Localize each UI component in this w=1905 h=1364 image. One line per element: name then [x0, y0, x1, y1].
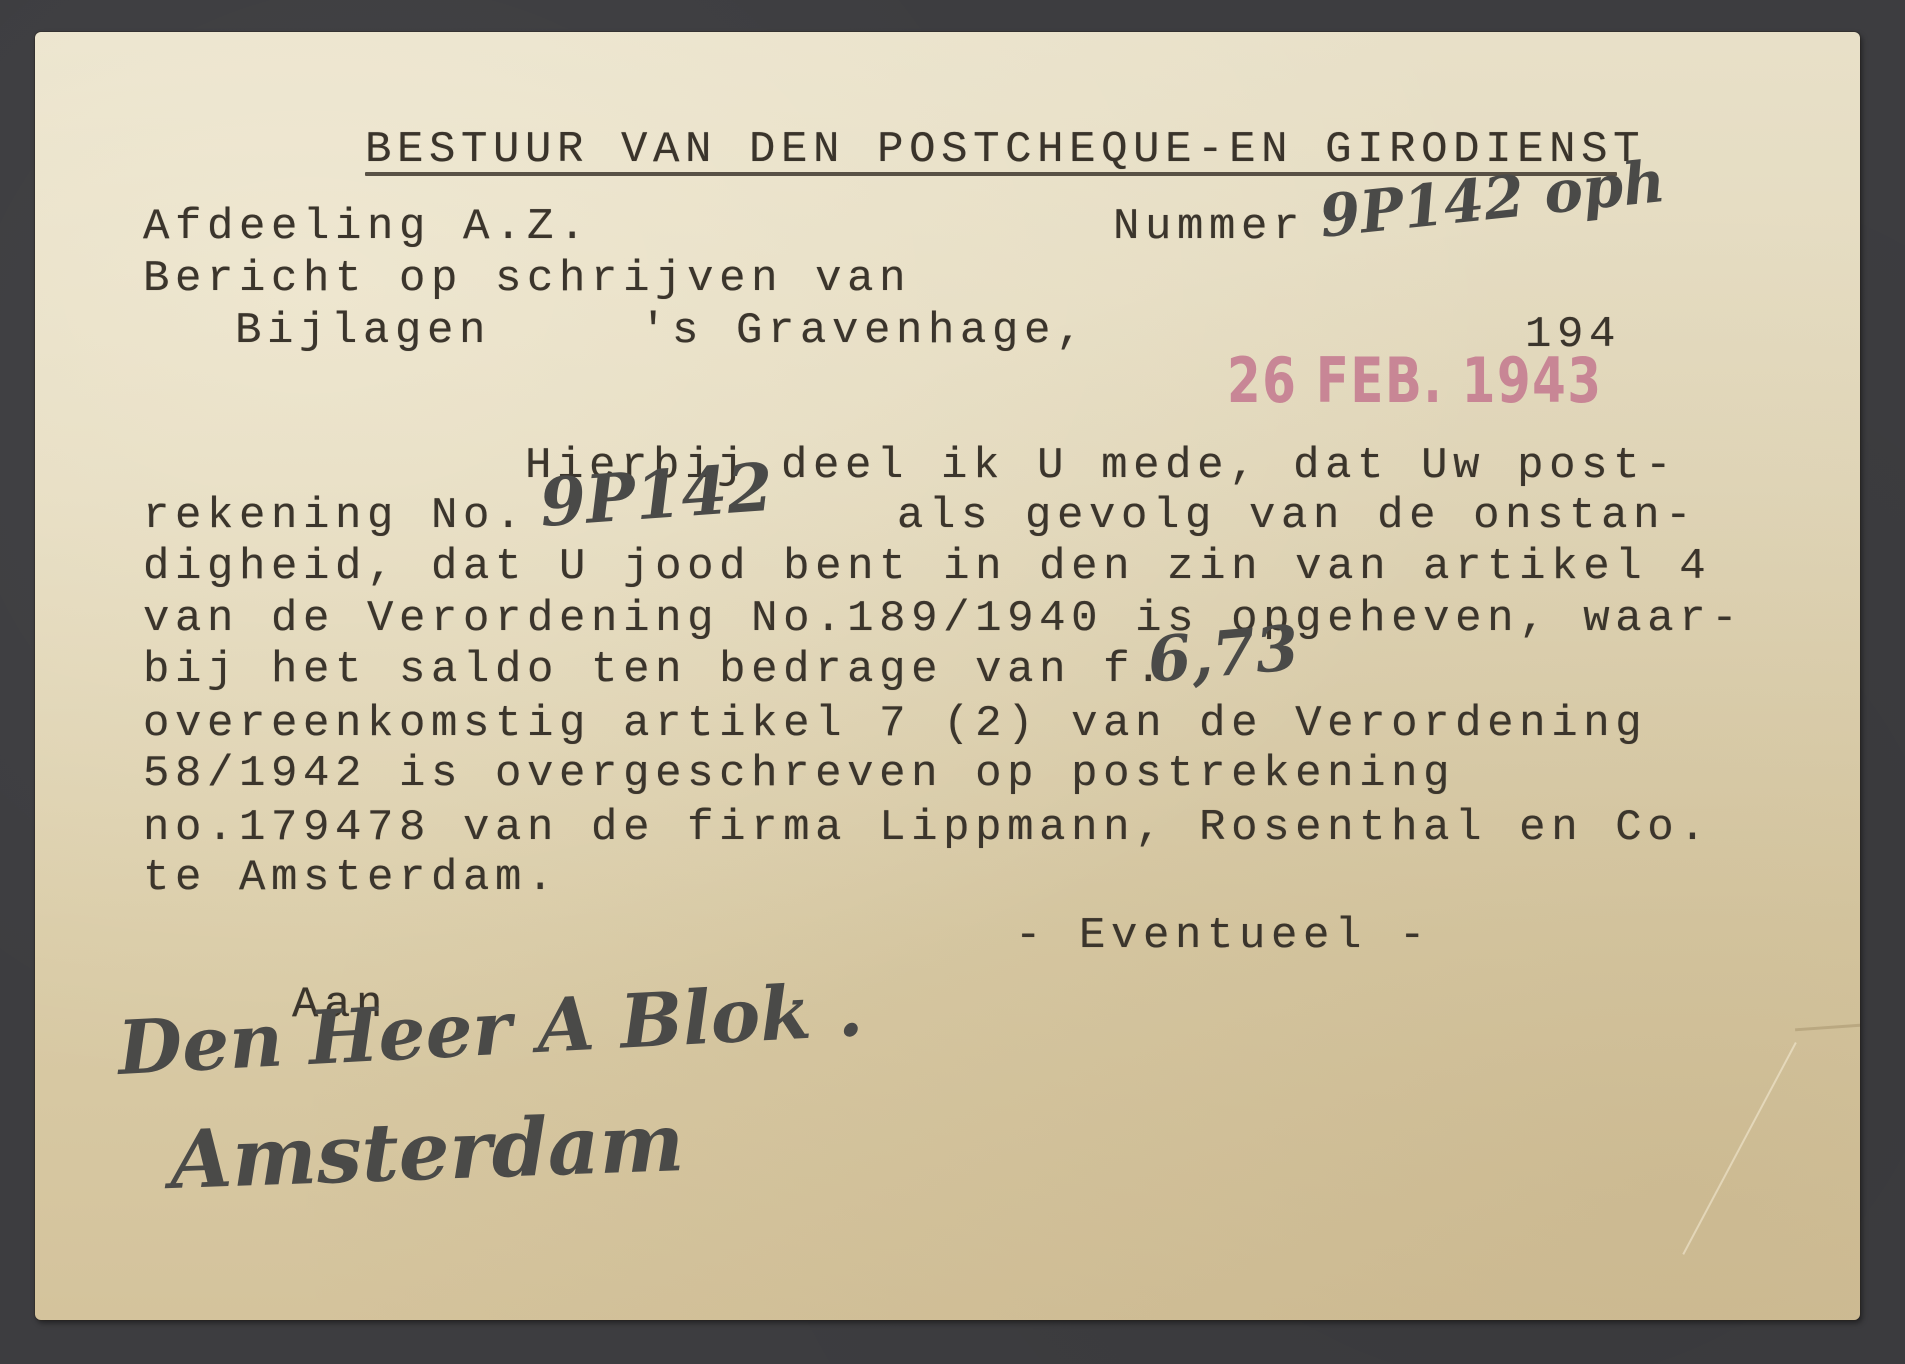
place-line: 's Gravenhage, — [640, 309, 1088, 353]
reply-to-line: Bericht op schrijven van — [143, 257, 911, 301]
paper-crease — [1682, 1042, 1796, 1255]
closing-eventueel: - Eventueel - — [1015, 914, 1431, 958]
number-label: Nummer — [1113, 205, 1305, 249]
department-line: Afdeeling A.Z. — [143, 205, 591, 249]
account-number-handwritten: 9P142 — [538, 454, 775, 536]
body-line-2a: rekening No. — [143, 494, 527, 538]
body-line-5: bij het saldo ten bedrage van f. — [143, 648, 1167, 692]
attachments-label: Bijlagen — [235, 309, 491, 353]
body-line-3: digheid, dat U jood bent in den zin van … — [143, 545, 1711, 589]
document-title: BESTUUR VAN DEN POSTCHEQUE-EN GIRODIENST — [365, 128, 1645, 172]
addressee-city-handwritten: Amsterdam — [169, 1102, 686, 1200]
body-line-8: no.179478 van de firma Lippmann, Rosenth… — [143, 806, 1711, 850]
body-line-7: 58/1942 is overgeschreven op postrekenin… — [143, 752, 1455, 796]
body-line-2b: als gevolg van de onstan- — [897, 494, 1697, 538]
body-line-6: overeenkomstig artikel 7 (2) van de Vero… — [143, 702, 1647, 746]
body-line-9: te Amsterdam. — [143, 856, 559, 900]
balance-handwritten: 6,73 — [1145, 617, 1301, 692]
date-stamp: 26 FEB. 1943 — [1227, 350, 1603, 412]
body-line-4: van de Verordening No.189/1940 is opgehe… — [143, 597, 1743, 641]
paper-tear — [1795, 1022, 1860, 1032]
